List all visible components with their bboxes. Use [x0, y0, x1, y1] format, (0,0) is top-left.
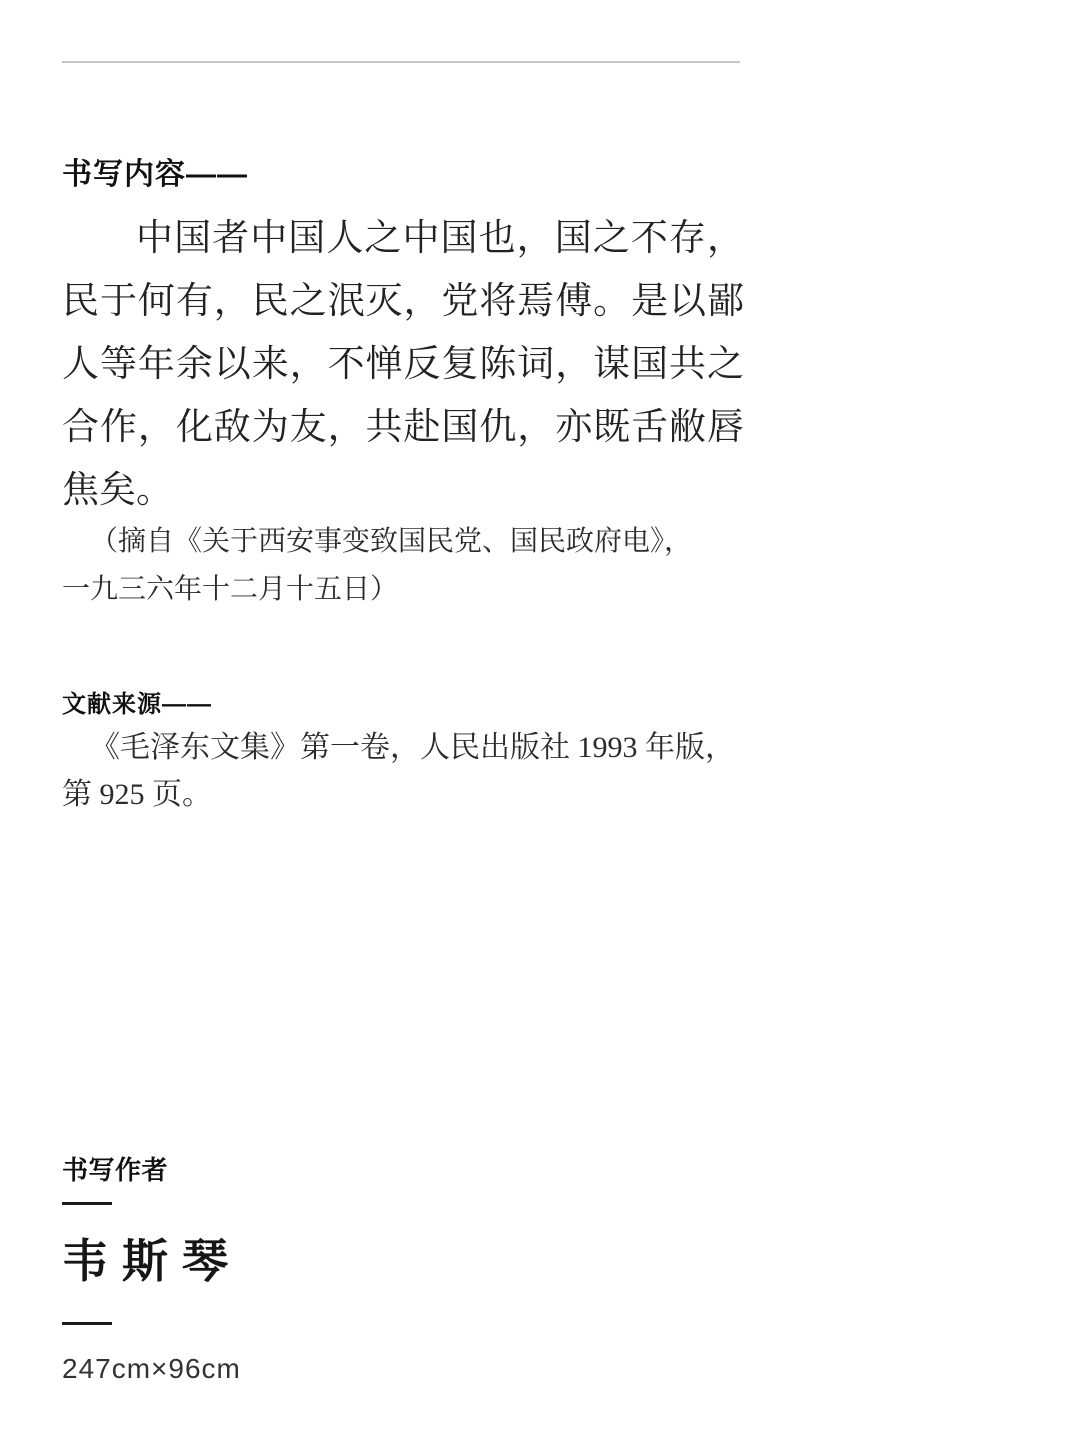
- body-line: 人等年余以来，不惮反复陈词，谋国共之: [62, 333, 744, 396]
- author-section-heading: 书写作者: [62, 1155, 168, 1186]
- body-line: 合作，化敌为友，共赴国仇，亦既舌敝唇: [62, 396, 744, 459]
- artwork-dimensions: 247cm×96cm: [62, 1352, 241, 1386]
- citation-block: （摘自《关于西安事变致国民党、国民政府电》， 一九三六年十二月十五日）: [62, 518, 762, 614]
- top-divider-rule: [62, 61, 740, 63]
- body-line: 焦矣。: [62, 459, 744, 522]
- content-section-heading: 书写内容——: [62, 158, 248, 193]
- citation-line: 一九三六年十二月十五日）: [62, 566, 762, 614]
- article-page: 书写内容—— 中国者中国人之中国也，国之不存， 民于何有，民之泯灭，党将焉傅。是…: [0, 0, 1080, 1439]
- body-line: 中国者中国人之中国也，国之不存，: [62, 207, 744, 270]
- source-line: 《毛泽东文集》第一卷，人民出版社 1993 年版，: [62, 724, 762, 771]
- source-line: 第 925 页。: [62, 771, 762, 818]
- body-line: 民于何有，民之泯灭，党将焉傅。是以鄙: [62, 270, 744, 333]
- source-reference-block: 《毛泽东文集》第一卷，人民出版社 1993 年版， 第 925 页。: [62, 724, 762, 818]
- source-section-heading: 文献来源——: [62, 691, 212, 720]
- author-divider-rule-bottom: [62, 1322, 112, 1325]
- calligraphy-text-block: 中国者中国人之中国也，国之不存， 民于何有，民之泯灭，党将焉傅。是以鄙 人等年余…: [62, 207, 744, 522]
- author-divider-rule-top: [62, 1202, 112, 1205]
- author-name: 韦斯琴: [62, 1234, 242, 1289]
- citation-line: （摘自《关于西安事变致国民党、国民政府电》，: [62, 518, 762, 566]
